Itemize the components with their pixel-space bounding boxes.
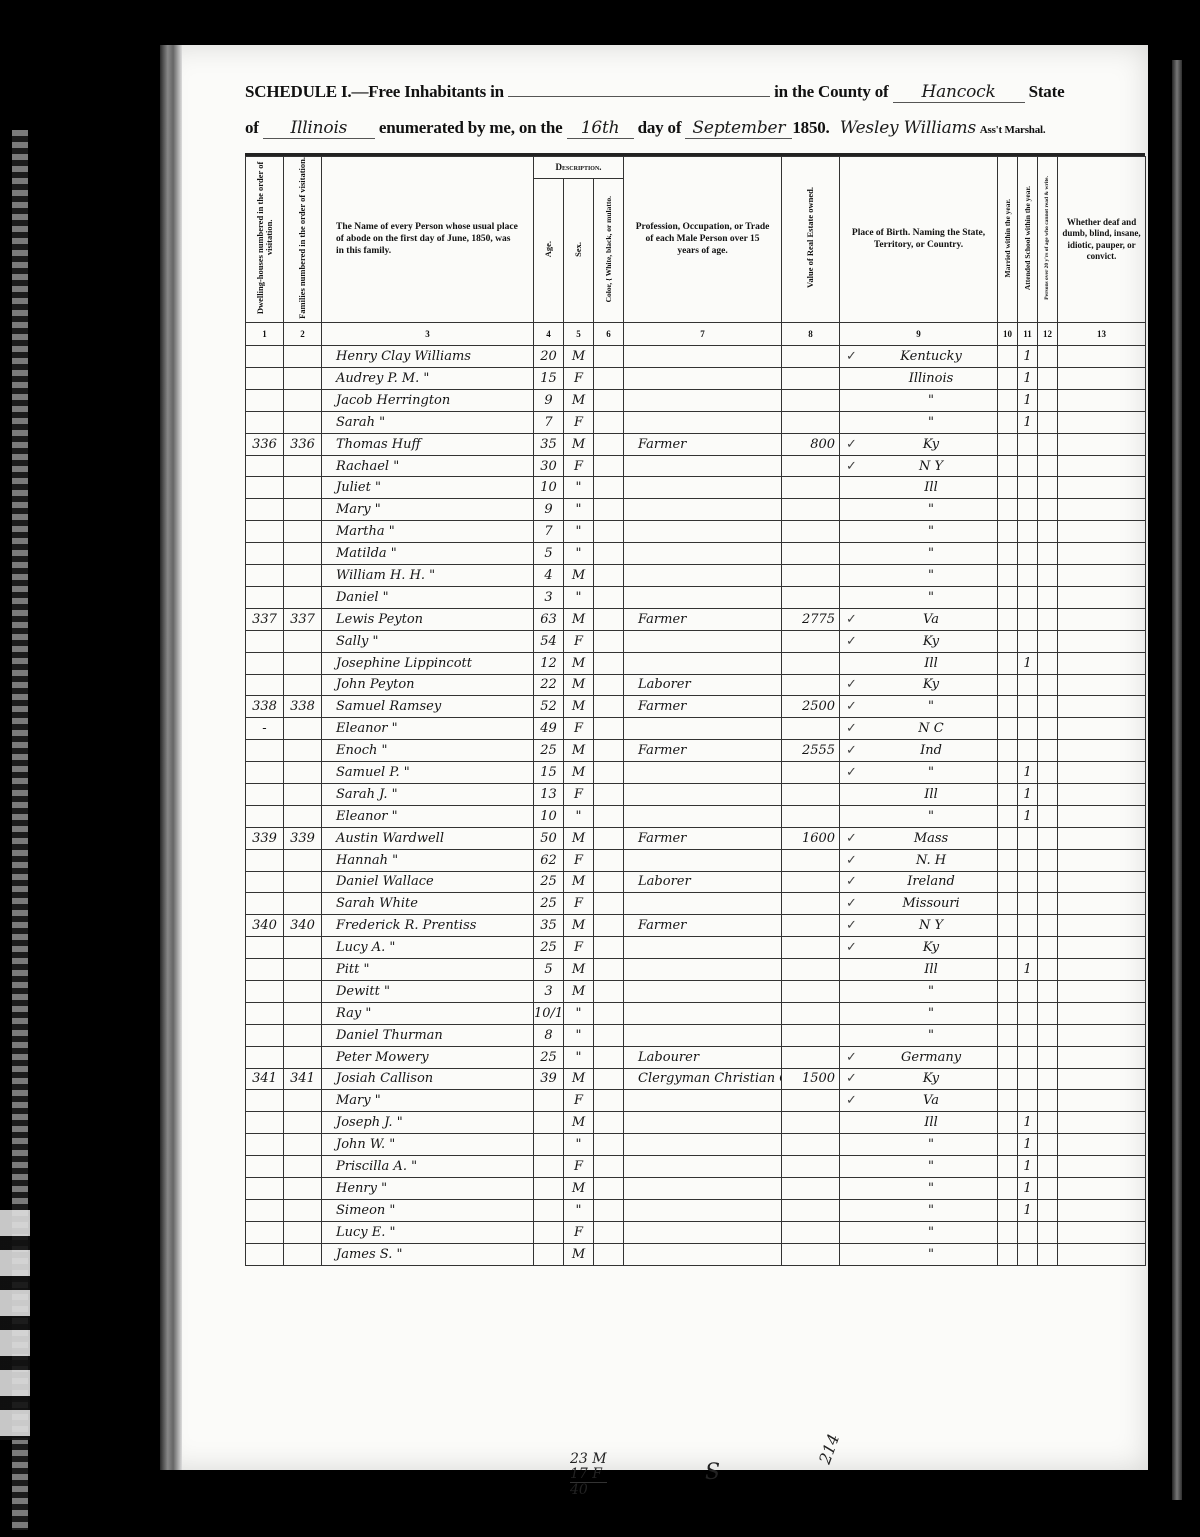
family-number <box>284 389 322 411</box>
sex: M <box>564 1112 594 1134</box>
color <box>594 718 624 740</box>
occupation <box>624 980 782 1002</box>
condition <box>1058 543 1146 565</box>
year-label: 1850. <box>792 118 829 137</box>
school-flag <box>1018 740 1038 762</box>
married-flag <box>998 674 1018 696</box>
birthplace: ✓" <box>840 762 998 784</box>
census-table: Dwelling-houses numbered in the order of… <box>245 156 1146 1266</box>
age: 35 <box>534 433 564 455</box>
age: 25 <box>534 937 564 959</box>
column-number: 3 <box>322 323 534 346</box>
color <box>594 586 624 608</box>
married-flag <box>998 937 1018 959</box>
dwelling-number: 3 <box>246 389 284 411</box>
illiterate-flag <box>1038 433 1058 455</box>
age: 49 <box>534 718 564 740</box>
school-flag <box>1018 718 1038 740</box>
column-number: 7 <box>624 323 782 346</box>
family-number <box>284 762 322 784</box>
married-flag <box>998 411 1018 433</box>
color <box>594 980 624 1002</box>
married-flag <box>998 1221 1018 1243</box>
illiterate-flag <box>1038 980 1058 1002</box>
dwelling-number: 18- <box>246 718 284 740</box>
check-mark-icon: ✓ <box>846 1071 866 1086</box>
sex: M <box>564 871 594 893</box>
school-flag <box>1018 674 1038 696</box>
married-flag <box>998 499 1018 521</box>
illiterate-flag <box>1038 1199 1058 1221</box>
person-name: Pitt " <box>322 959 534 981</box>
school-flag <box>1018 1046 1038 1068</box>
person-name: Frederick R. Prentiss <box>322 915 534 937</box>
family-number <box>284 1112 322 1134</box>
state-label: State <box>1029 82 1065 101</box>
table-row: 25Daniel Wallace25MLaborer✓Ireland <box>246 871 1146 893</box>
color <box>594 411 624 433</box>
family-number <box>284 521 322 543</box>
occupation <box>624 411 782 433</box>
condition <box>1058 783 1146 805</box>
birthplace: " <box>840 389 998 411</box>
real-estate-value: 1500 <box>782 1068 840 1090</box>
birthplace-value: Ill <box>866 962 996 977</box>
color <box>594 389 624 411</box>
birthplace: " <box>840 1024 998 1046</box>
color <box>594 521 624 543</box>
birthplace-value: N Y <box>866 459 996 474</box>
color <box>594 740 624 762</box>
married-flag <box>998 871 1018 893</box>
table-row: 14Sally "54F✓Ky <box>246 630 1146 652</box>
birthplace: ✓Ky <box>840 1068 998 1090</box>
occupation <box>624 477 782 499</box>
married-flag <box>998 1134 1018 1156</box>
married-flag <box>998 433 1018 455</box>
birthplace-value: " <box>866 1181 996 1196</box>
illiterate-flag <box>1038 762 1058 784</box>
person-name: Juliet " <box>322 477 534 499</box>
person-name: Enoch " <box>322 740 534 762</box>
birthplace-value: N Y <box>866 918 996 933</box>
family-number: 336 <box>284 433 322 455</box>
condition <box>1058 652 1146 674</box>
dwelling-number: 16 <box>246 674 284 696</box>
birthplace-value: Kentucky <box>866 349 996 364</box>
table-row: 11William H. H. "4M" <box>246 565 1146 587</box>
illiterate-flag <box>1038 477 1058 499</box>
age: 52 <box>534 696 564 718</box>
married-flag <box>998 630 1018 652</box>
occupation <box>624 937 782 959</box>
header-description-group: Description. <box>534 157 624 179</box>
illiterate-flag <box>1038 718 1058 740</box>
sex: M <box>564 389 594 411</box>
condition <box>1058 1068 1146 1090</box>
occupation <box>624 1199 782 1221</box>
person-name: Audrey P. M. " <box>322 368 534 390</box>
sex: " <box>564 586 594 608</box>
family-number <box>284 871 322 893</box>
birthplace: Ill <box>840 959 998 981</box>
birthplace-value: " <box>866 546 996 561</box>
dwelling-value: 340 <box>252 918 277 933</box>
person-name: Sarah White <box>322 893 534 915</box>
dwelling-number: 13337 <box>246 608 284 630</box>
age: 15 <box>534 762 564 784</box>
school-flag <box>1018 1024 1038 1046</box>
married-flag <box>998 1046 1018 1068</box>
sex: " <box>564 499 594 521</box>
family-number <box>284 499 322 521</box>
dwelling-number: 14 <box>246 630 284 652</box>
married-flag <box>998 827 1018 849</box>
schedule-title: SCHEDULE I.—Free Inhabitants in <box>245 82 504 101</box>
family-number <box>284 849 322 871</box>
birthplace: ✓Ky <box>840 937 998 959</box>
birthplace-value: " <box>866 568 996 583</box>
illiterate-flag <box>1038 1243 1058 1265</box>
occupation: Laborer <box>624 871 782 893</box>
age: 13 <box>534 783 564 805</box>
occupation: Farmer <box>624 608 782 630</box>
birthplace-value: " <box>866 1159 996 1174</box>
person-name: Jacob Herrington <box>322 389 534 411</box>
column-number: 2 <box>284 323 322 346</box>
illiterate-flag <box>1038 543 1058 565</box>
subdivision-field <box>508 96 770 97</box>
table-row: 26Sarah White25F✓Missouri <box>246 893 1146 915</box>
birthplace: " <box>840 980 998 1002</box>
family-number <box>284 783 322 805</box>
table-row: 18-Eleanor "49F✓N C <box>246 718 1146 740</box>
real-estate-value <box>782 1199 840 1221</box>
dwelling-number: 32 <box>246 1024 284 1046</box>
condition <box>1058 1002 1146 1024</box>
real-estate-value <box>782 1024 840 1046</box>
age <box>534 1156 564 1178</box>
age: 15 <box>534 368 564 390</box>
condition <box>1058 718 1146 740</box>
birthplace-value: Ky <box>866 437 996 452</box>
dwelling-number: 7 <box>246 477 284 499</box>
married-flag <box>998 346 1018 368</box>
birthplace: " <box>840 521 998 543</box>
illiterate-flag <box>1038 959 1058 981</box>
school-flag: 1 <box>1018 411 1038 433</box>
column-number: 11 <box>1018 323 1038 346</box>
occupation <box>624 1002 782 1024</box>
person-name: Mary " <box>322 1090 534 1112</box>
age: 10 <box>534 805 564 827</box>
real-estate-value <box>782 543 840 565</box>
color <box>594 696 624 718</box>
birthplace-value: " <box>866 415 996 430</box>
school-flag: 1 <box>1018 762 1038 784</box>
header-color: Color, { White, black, or mulatto. <box>594 179 624 323</box>
birthplace: Ill <box>840 783 998 805</box>
color <box>594 543 624 565</box>
dwelling-number: 10 <box>246 543 284 565</box>
occupation <box>624 959 782 981</box>
illiterate-flag <box>1038 1177 1058 1199</box>
microfilm-right-edge <box>1172 60 1182 1500</box>
table-row: 2Audrey P. M. "15FIllinois1 <box>246 368 1146 390</box>
color <box>594 1221 624 1243</box>
color <box>594 893 624 915</box>
sex: " <box>564 543 594 565</box>
sex: M <box>564 433 594 455</box>
condition <box>1058 1243 1146 1265</box>
sex: M <box>564 1177 594 1199</box>
condition <box>1058 586 1146 608</box>
real-estate-value <box>782 959 840 981</box>
occupation <box>624 346 782 368</box>
dwelling-number: 8 <box>246 499 284 521</box>
color <box>594 849 624 871</box>
county-label: in the County of <box>774 82 888 101</box>
illiterate-flag <box>1038 521 1058 543</box>
person-name: John Peyton <box>322 674 534 696</box>
dwelling-number: 39 <box>246 1177 284 1199</box>
condition <box>1058 762 1146 784</box>
illiterate-flag <box>1038 937 1058 959</box>
check-mark-icon: ✓ <box>846 634 866 649</box>
family-number: 337 <box>284 608 322 630</box>
check-mark-icon: ✓ <box>846 349 866 364</box>
birthplace-value: Ky <box>866 677 996 692</box>
birthplace: " <box>840 1221 998 1243</box>
header-school: Attended School within the year. <box>1018 157 1038 323</box>
family-number <box>284 652 322 674</box>
age: 35 <box>534 915 564 937</box>
birthplace: ✓Missouri <box>840 893 998 915</box>
sex: " <box>564 1046 594 1068</box>
person-name: James S. " <box>322 1243 534 1265</box>
real-estate-value <box>782 1221 840 1243</box>
age <box>534 1199 564 1221</box>
person-name: Samuel P. " <box>322 762 534 784</box>
occupation <box>624 783 782 805</box>
color <box>594 762 624 784</box>
sex: F <box>564 893 594 915</box>
condition <box>1058 1199 1146 1221</box>
person-name: Priscilla A. " <box>322 1156 534 1178</box>
condition <box>1058 849 1146 871</box>
check-mark-icon: ✓ <box>846 612 866 627</box>
birthplace: " <box>840 499 998 521</box>
illiterate-flag <box>1038 1221 1058 1243</box>
sex: M <box>564 608 594 630</box>
birthplace: " <box>840 1243 998 1265</box>
birthplace: ✓Ky <box>840 433 998 455</box>
table-row: 10Matilda "5"" <box>246 543 1146 565</box>
dwelling-number: 31 <box>246 1002 284 1024</box>
person-name: Daniel " <box>322 586 534 608</box>
illiterate-flag <box>1038 389 1058 411</box>
check-mark-icon: ✓ <box>846 459 866 474</box>
illiterate-flag <box>1038 849 1058 871</box>
color <box>594 937 624 959</box>
dwelling-number: 23339 <box>246 827 284 849</box>
condition <box>1058 805 1146 827</box>
color <box>594 608 624 630</box>
married-flag <box>998 477 1018 499</box>
birthplace: ✓Kentucky <box>840 346 998 368</box>
birthplace: ✓Ky <box>840 630 998 652</box>
birthplace-value: " <box>866 1225 996 1240</box>
real-estate-value <box>782 849 840 871</box>
table-row: 1Henry Clay Williams20M✓Kentucky1 <box>246 346 1146 368</box>
real-estate-value <box>782 1156 840 1178</box>
school-flag: 1 <box>1018 1112 1038 1134</box>
check-mark-icon: ✓ <box>846 896 866 911</box>
dwelling-value: 341 <box>252 1071 277 1086</box>
column-number: 13 <box>1058 323 1146 346</box>
condition <box>1058 346 1146 368</box>
family-number <box>284 1024 322 1046</box>
school-flag: 1 <box>1018 805 1038 827</box>
sex: M <box>564 565 594 587</box>
color <box>594 1046 624 1068</box>
occupation: Clergyman Christian Ch <box>624 1068 782 1090</box>
family-number <box>284 1156 322 1178</box>
age: 10 <box>534 477 564 499</box>
dwelling-number: 24 <box>246 849 284 871</box>
color <box>594 477 624 499</box>
school-flag <box>1018 980 1038 1002</box>
real-estate-value <box>782 346 840 368</box>
age: 20 <box>534 346 564 368</box>
color <box>594 1112 624 1134</box>
color <box>594 1024 624 1046</box>
real-estate-value <box>782 718 840 740</box>
dwelling-number: 26 <box>246 893 284 915</box>
of-label: of <box>245 118 259 137</box>
age: 54 <box>534 630 564 652</box>
condition <box>1058 1112 1146 1134</box>
birthplace: " <box>840 1156 998 1178</box>
family-number <box>284 893 322 915</box>
header-age: Age. <box>534 179 564 323</box>
age <box>534 1134 564 1156</box>
day-field: 16th <box>567 118 634 139</box>
age: 9 <box>534 389 564 411</box>
occupation <box>624 1112 782 1134</box>
birthplace-value: " <box>866 393 996 408</box>
illiterate-flag <box>1038 630 1058 652</box>
table-row: 22Eleanor "10""1 <box>246 805 1146 827</box>
person-name: John W. " <box>322 1134 534 1156</box>
census-table-container: Dwelling-houses numbered in the order of… <box>245 153 1145 1266</box>
married-flag <box>998 1156 1018 1178</box>
birthplace: " <box>840 1199 998 1221</box>
school-flag <box>1018 565 1038 587</box>
illiterate-flag <box>1038 652 1058 674</box>
header-family: Families numbered in the order of visita… <box>284 157 322 323</box>
occupation <box>624 849 782 871</box>
sex: M <box>564 1243 594 1265</box>
person-name: Samuel Ramsey <box>322 696 534 718</box>
illiterate-flag <box>1038 893 1058 915</box>
birthplace: " <box>840 411 998 433</box>
occupation: Laborer <box>624 674 782 696</box>
occupation: Labourer <box>624 1046 782 1068</box>
birthplace: ✓Ireland <box>840 871 998 893</box>
age: 25 <box>534 871 564 893</box>
condition <box>1058 1177 1146 1199</box>
married-flag <box>998 1068 1018 1090</box>
sex: F <box>564 783 594 805</box>
occupation <box>624 499 782 521</box>
family-number <box>284 1134 322 1156</box>
person-name: Sarah J. " <box>322 783 534 805</box>
occupation <box>624 1134 782 1156</box>
dwelling-number: 20 <box>246 762 284 784</box>
birthplace-value: Mass <box>866 831 996 846</box>
occupation <box>624 630 782 652</box>
check-mark-icon: ✓ <box>846 918 866 933</box>
age: 25 <box>534 740 564 762</box>
person-name: Joseph J. " <box>322 1112 534 1134</box>
column-number: 6 <box>594 323 624 346</box>
dwelling-number: 27340 <box>246 915 284 937</box>
occupation <box>624 1090 782 1112</box>
table-row: 38Priscilla A. "F"1 <box>246 1156 1146 1178</box>
married-flag <box>998 849 1018 871</box>
birthplace-value: " <box>866 1028 996 1043</box>
person-name: Martha " <box>322 521 534 543</box>
dwelling-value: 338 <box>252 699 277 714</box>
table-row: 3Jacob Herrington9M"1 <box>246 389 1146 411</box>
real-estate-value <box>782 805 840 827</box>
illiterate-flag <box>1038 696 1058 718</box>
condition <box>1058 608 1146 630</box>
schedule-header-line-2: of Illinois enumerated by me, on the 16t… <box>245 118 1045 139</box>
real-estate-value <box>782 521 840 543</box>
real-estate-value <box>782 674 840 696</box>
married-flag <box>998 565 1018 587</box>
occupation <box>624 389 782 411</box>
dwelling-number: 4 <box>246 411 284 433</box>
birthplace-value: " <box>866 699 996 714</box>
state-field: Illinois <box>263 118 375 139</box>
school-flag <box>1018 1068 1038 1090</box>
school-flag: 1 <box>1018 1156 1038 1178</box>
occupation <box>624 521 782 543</box>
column-number: 4 <box>534 323 564 346</box>
condition <box>1058 1221 1146 1243</box>
occupation <box>624 718 782 740</box>
occupation <box>624 565 782 587</box>
illiterate-flag <box>1038 586 1058 608</box>
family-number <box>284 1221 322 1243</box>
age <box>534 1243 564 1265</box>
birthplace-value: " <box>866 524 996 539</box>
table-row: 21Sarah J. "13FIll1 <box>246 783 1146 805</box>
married-flag <box>998 783 1018 805</box>
sex: F <box>564 455 594 477</box>
table-row: 31Ray "10/12"" <box>246 1002 1146 1024</box>
school-flag: 1 <box>1018 783 1038 805</box>
illiterate-flag <box>1038 368 1058 390</box>
family-number <box>284 980 322 1002</box>
sex: " <box>564 1024 594 1046</box>
birthplace: ✓Ky <box>840 674 998 696</box>
married-flag <box>998 718 1018 740</box>
school-flag <box>1018 1243 1038 1265</box>
